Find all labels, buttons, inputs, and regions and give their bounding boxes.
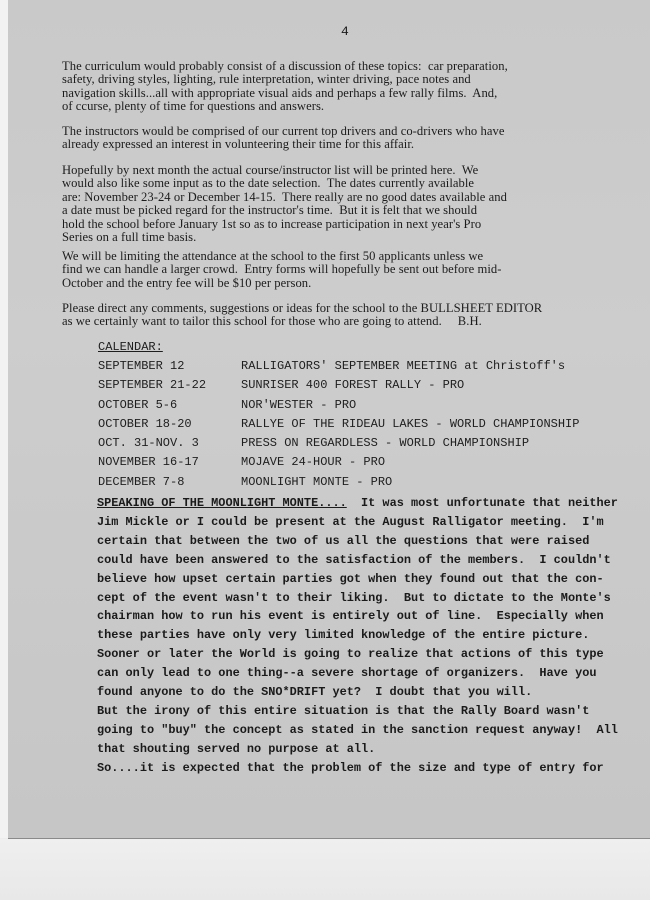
calendar-event: SUNRISER 400 FOREST RALLY - PRO <box>241 376 618 395</box>
calendar-date: OCTOBER 18-20 <box>98 415 241 434</box>
calendar-event: MOJAVE 24-HOUR - PRO <box>241 453 618 472</box>
text-line: chairman how to run his event is entirel… <box>97 607 642 626</box>
calendar-event: RALLYE OF THE RIDEAU LAKES - WORLD CHAMP… <box>241 415 618 434</box>
calendar-event: NOR'WESTER - PRO <box>241 396 618 415</box>
calendar: CALENDAR: SEPTEMBER 12 RALLIGATORS' SEPT… <box>98 338 618 492</box>
paragraph-dates: Hopefully by next month the actual cours… <box>62 164 642 244</box>
text-line: October and the entry fee will be $10 pe… <box>62 277 642 290</box>
calendar-date: OCT. 31-NOV. 3 <box>98 434 241 453</box>
calendar-entry: NOVEMBER 16-17 MOJAVE 24-HOUR - PRO <box>98 453 618 472</box>
calendar-event: PRESS ON REGARDLESS - WORLD CHAMPIONSHIP <box>241 434 618 453</box>
text-line: as we certainly want to tailor this scho… <box>62 315 642 328</box>
calendar-event: MOONLIGHT MONTE - PRO <box>241 473 618 492</box>
calendar-event: RALLIGATORS' SEPTEMBER MEETING at Christ… <box>241 357 618 376</box>
calendar-date: SEPTEMBER 12 <box>98 357 241 376</box>
text-line: a date must be picked regard for the ins… <box>62 204 642 217</box>
text-line: So....it is expected that the problem of… <box>97 759 642 778</box>
paragraph-attendance: We will be limiting the attendance at th… <box>62 250 642 290</box>
text-line: these parties have only very limited kno… <box>97 626 642 645</box>
section-heading: SPEAKING OF THE MOONLIGHT MONTE.... <box>97 496 347 510</box>
moonlight-monte-section: SPEAKING OF THE MOONLIGHT MONTE.... It w… <box>97 494 642 778</box>
calendar-entry: SEPTEMBER 12 RALLIGATORS' SEPTEMBER MEET… <box>98 357 618 376</box>
text-line: believe how upset certain parties got wh… <box>97 570 642 589</box>
calendar-date: SEPTEMBER 21-22 <box>98 376 241 395</box>
calendar-date: DECEMBER 7-8 <box>98 473 241 492</box>
text-line: cept of the event wasn't to their liking… <box>97 589 642 608</box>
text-line: already expressed an interest in volunte… <box>62 138 642 151</box>
calendar-date: OCTOBER 5-6 <box>98 396 241 415</box>
text-line: of ccurse, plenty of time for questions … <box>62 100 642 113</box>
calendar-entry: OCTOBER 5-6 NOR'WESTER - PRO <box>98 396 618 415</box>
text-line: Please direct any comments, suggestions … <box>62 302 642 315</box>
text-line: hold the school before January 1st so as… <box>62 218 642 231</box>
text-line: could have been answered to the satisfac… <box>97 551 642 570</box>
text-line: find we can handle a larger crowd. Entry… <box>62 263 642 276</box>
paragraph-instructors: The instructors would be comprised of ou… <box>62 125 642 152</box>
calendar-date: NOVEMBER 16-17 <box>98 453 241 472</box>
text-line: safety, driving styles, lighting, rule i… <box>62 73 642 86</box>
text-line: But the irony of this entire situation i… <box>97 702 642 721</box>
calendar-entry: DECEMBER 7-8 MOONLIGHT MONTE - PRO <box>98 473 618 492</box>
calendar-title: CALENDAR: <box>98 338 618 357</box>
text-line: can only lead to one thing--a severe sho… <box>97 664 642 683</box>
paragraph-direct-comments: Please direct any comments, suggestions … <box>62 302 642 329</box>
page-number: 4 <box>341 24 349 39</box>
text-line: are: November 23-24 or December 14-15. T… <box>62 191 642 204</box>
text-line: The instructors would be comprised of ou… <box>62 125 642 138</box>
text-line: found anyone to do the SNO*DRIFT yet? I … <box>97 683 642 702</box>
paragraph-curriculum: The curriculum would probably consist of… <box>62 60 642 114</box>
text-line: navigation skills...all with appropriate… <box>62 87 642 100</box>
scan-background <box>0 839 650 900</box>
scan-margin <box>0 0 8 838</box>
calendar-entry: OCT. 31-NOV. 3 PRESS ON REGARDLESS - WOR… <box>98 434 618 453</box>
text-line: The curriculum would probably consist of… <box>62 60 642 73</box>
text-fragment: It was most unfortunate that neither <box>347 496 618 510</box>
text-line: We will be limiting the attendance at th… <box>62 250 642 263</box>
calendar-entry: OCTOBER 18-20 RALLYE OF THE RIDEAU LAKES… <box>98 415 618 434</box>
text-line: Jim Mickle or I could be present at the … <box>97 513 642 532</box>
calendar-entry: SEPTEMBER 21-22 SUNRISER 400 FOREST RALL… <box>98 376 618 395</box>
text-line: would also like some input as to the dat… <box>62 177 642 190</box>
text-line: Series on a full time basis. <box>62 231 642 244</box>
text-line: SPEAKING OF THE MOONLIGHT MONTE.... It w… <box>97 494 642 513</box>
text-line: Hopefully by next month the actual cours… <box>62 164 642 177</box>
text-line: going to "buy" the concept as stated in … <box>97 721 642 740</box>
text-line: that shouting served no purpose at all. <box>97 740 642 759</box>
text-line: certain that between the two of us all t… <box>97 532 642 551</box>
text-line: Sooner or later the World is going to re… <box>97 645 642 664</box>
